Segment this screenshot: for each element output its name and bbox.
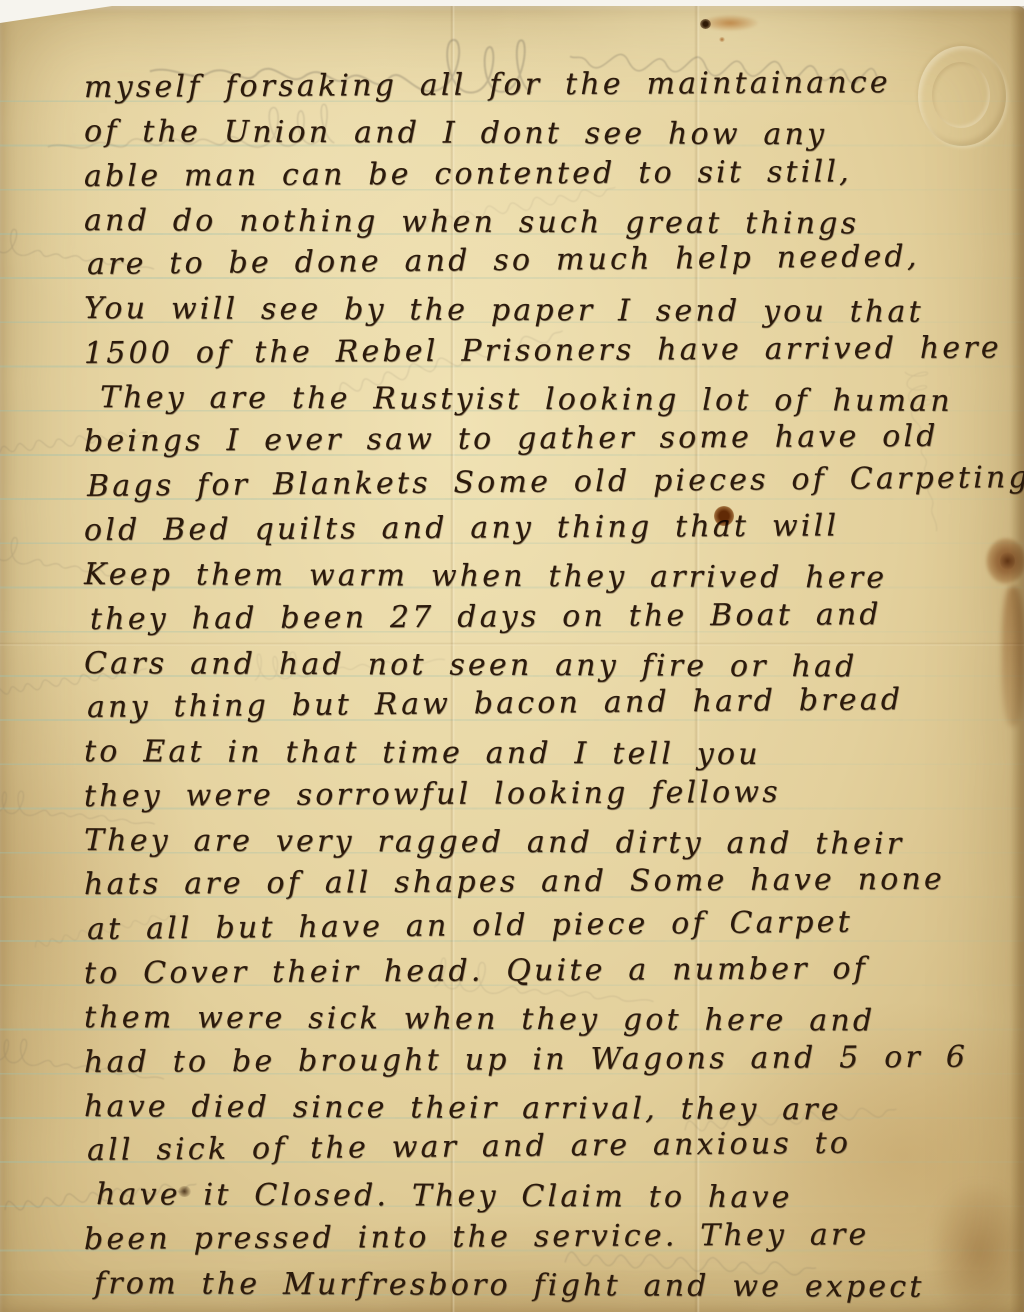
letter-line: all sick of the war and are anxious to: [87, 1120, 1007, 1173]
letter-line: had to be brought up in Wagons and 5 or …: [84, 1035, 1004, 1085]
letter-line: are to be done and so much help needed,: [87, 234, 1007, 287]
letter-body: myself forsaking all for the maintainanc…: [84, 66, 1004, 1306]
letter-line: 1500 of the Rebel Prisoners have arrived…: [84, 326, 1004, 376]
letter-line: any thing but Raw bacon and hard bread: [87, 677, 1007, 730]
letter-line: able man can be contented to sit still,: [84, 149, 1004, 199]
paper-edge-shadow: [1010, 6, 1024, 1312]
letter-line: been pressed into the service. They are: [84, 1212, 1004, 1262]
letter-line: Bags for Blankets Some old pieces of Car…: [87, 456, 1007, 509]
letter-line: they had been 27 days on the Boat and: [84, 592, 1004, 642]
paper-sheet: myself forsaking all for the maintainanc…: [0, 6, 1024, 1312]
letter-line: old Bed quilts and any thing that will: [84, 503, 1004, 553]
letter-line: from the Murfresboro fight and we expect: [84, 1262, 1004, 1310]
letter-line: they were sorrowful looking fellows: [84, 769, 1004, 819]
letter-line: myself forsaking all for the maintainanc…: [84, 60, 1004, 110]
letter-line: to Cover their head. Quite a number of: [84, 946, 1004, 996]
letter-scan: myself forsaking all for the maintainanc…: [0, 0, 1024, 1312]
letter-line: at all but have an old piece of Carpet: [87, 899, 1007, 952]
